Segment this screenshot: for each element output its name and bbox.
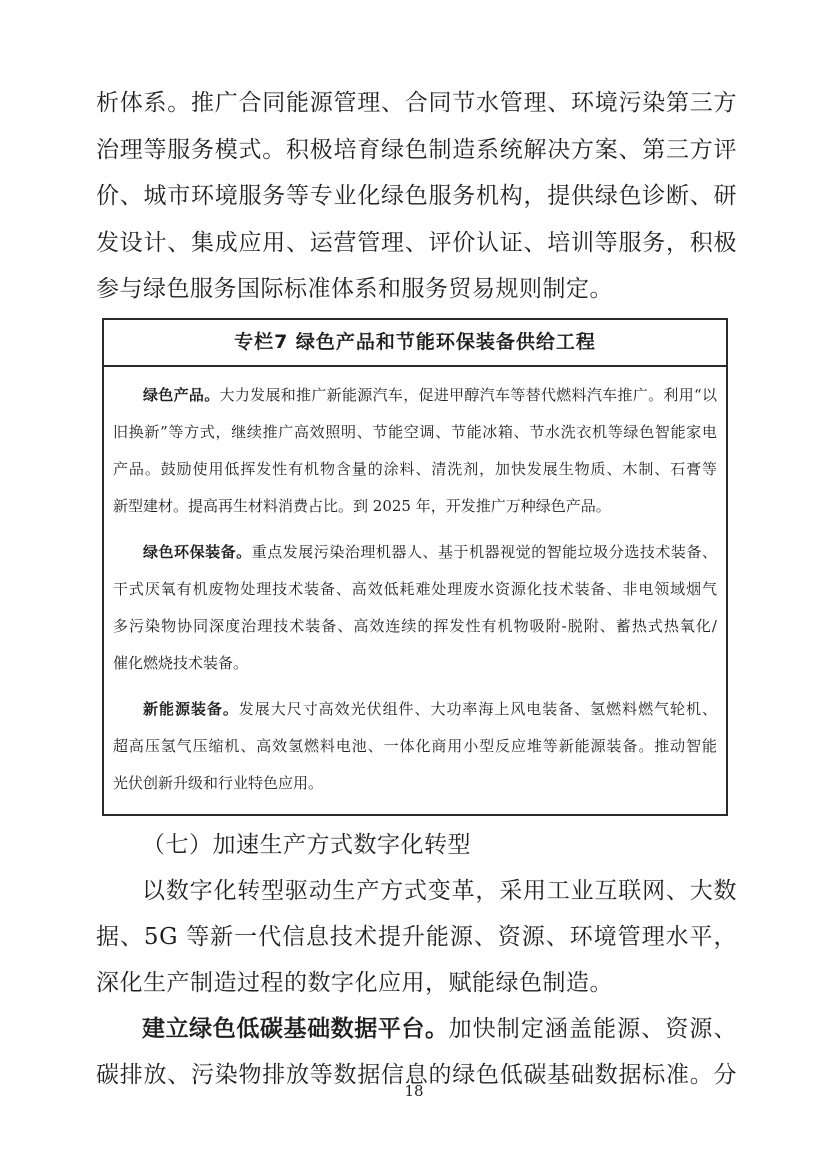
paragraph-lead: 建立绿色低碳基础数据平台。 — [142, 1016, 449, 1042]
text-line: 参与绿色服务国际标准体系和服务贸易规则制定。 — [96, 266, 737, 313]
text-run: 大力发展和推广新能源汽车，促进甲醇汽车等替代燃料汽车推广。利用“以 — [220, 386, 717, 404]
text-line: 催化燃烧技术装备。 — [113, 645, 717, 682]
text-line: 价、城市环境服务等专业化绿色服务机构，提供绿色诊断、研 — [96, 173, 737, 220]
box-paragraph-new-energy-equipment: 新能源装备。发展大尺寸高效光伏组件、大功率海上风电装备、氢燃料燃气轮机、 超高压… — [113, 691, 717, 802]
paragraph-lead: 新能源装备。 — [143, 700, 239, 718]
document-page: 析体系。推广合同能源管理、合同节水管理、环境污染第三方 治理等服务模式。积极培育… — [0, 0, 828, 1169]
text-line: 建立绿色低碳基础数据平台。加快制定涵盖能源、资源、 — [96, 1006, 737, 1052]
continuation-paragraph: 析体系。推广合同能源管理、合同节水管理、环境污染第三方 治理等服务模式。积极培育… — [96, 80, 737, 313]
text-line: 绿色产品。大力发展和推广新能源汽车，促进甲醇汽车等替代燃料汽车推广。利用“以 — [113, 377, 717, 414]
text-line: 新型建材。提高再生材料消费占比。到 2025 年，开发推广万种绿色产品。 — [113, 488, 717, 525]
paragraph-lead: 绿色产品。 — [143, 386, 220, 404]
text-line: 析体系。推广合同能源管理、合同节水管理、环境污染第三方 — [96, 80, 737, 127]
text-run: 重点发展污染治理机器人、基于机器视觉的智能垃圾分选技术装备、 — [252, 543, 717, 561]
text-line: 干式厌氧有机废物处理技术装备、高效低耗难处理废水资源化技术装备、非电领域烟气 — [113, 571, 717, 608]
box-paragraph-green-products: 绿色产品。大力发展和推广新能源汽车，促进甲醇汽车等替代燃料汽车推广。利用“以 旧… — [113, 377, 717, 525]
text-line: 以数字化转型驱动生产方式变革，采用工业互联网、大数 — [96, 868, 737, 914]
text-run: 发展大尺寸高效光伏组件、大功率海上风电装备、氢燃料燃气轮机、 — [239, 700, 717, 718]
text-line: 治理等服务模式。积极培育绿色制造系统解决方案、第三方评 — [96, 127, 737, 174]
text-line: 旧换新”等方式，继续推广高效照明、节能空调、节能冰箱、节水洗衣机等绿色智能家电 — [113, 414, 717, 451]
text-line: 深化生产制造过程的数字化应用，赋能绿色制造。 — [96, 960, 737, 1006]
page-content: 析体系。推广合同能源管理、合同节水管理、环境污染第三方 治理等服务模式。积极培育… — [96, 0, 737, 1098]
text-line: 超高压氢气压缩机、高效氢燃料电池、一体化商用小型反应堆等新能源装备。推动智能 — [113, 728, 717, 765]
section-paragraph: 以数字化转型驱动生产方式变革，采用工业互联网、大数 据、5G 等新一代信息技术提… — [96, 868, 737, 1006]
column-box-title: 专栏7 绿色产品和节能环保装备供给工程 — [104, 320, 726, 367]
box-paragraph-green-equipment: 绿色环保装备。重点发展污染治理机器人、基于机器视觉的智能垃圾分选技术装备、 干式… — [113, 534, 717, 682]
text-line: 新能源装备。发展大尺寸高效光伏组件、大功率海上风电装备、氢燃料燃气轮机、 — [113, 691, 717, 728]
special-column-box: 专栏7 绿色产品和节能环保装备供给工程 绿色产品。大力发展和推广新能源汽车，促进… — [102, 318, 728, 816]
paragraph-lead: 绿色环保装备。 — [143, 543, 252, 561]
text-line: 据、5G 等新一代信息技术提升能源、资源、环境管理水平， — [96, 914, 737, 960]
text-line: 绿色环保装备。重点发展污染治理机器人、基于机器视觉的智能垃圾分选技术装备、 — [113, 534, 717, 571]
section-seven: （七）加速生产方式数字化转型 以数字化转型驱动生产方式变革，采用工业互联网、大数… — [96, 822, 737, 1098]
text-line: 光伏创新升级和行业特色应用。 — [113, 765, 717, 802]
column-box-body: 绿色产品。大力发展和推广新能源汽车，促进甲醇汽车等替代燃料汽车推广。利用“以 旧… — [104, 367, 726, 814]
text-line: 发设计、集成应用、运营管理、评价认证、培训等服务，积极 — [96, 220, 737, 267]
text-run: 加快制定涵盖能源、资源、 — [449, 1016, 737, 1042]
text-line: 多污染物协同深度治理技术装备、高效连续的挥发性有机物吸附-脱附、蓄热式热氧化/ — [113, 608, 717, 645]
text-line: 产品。鼓励使用低挥发性有机物含量的涂料、清洗剂，加快发展生物质、木制、石膏等 — [113, 451, 717, 488]
page-number: 18 — [0, 1082, 828, 1100]
section-heading: （七）加速生产方式数字化转型 — [96, 822, 737, 868]
